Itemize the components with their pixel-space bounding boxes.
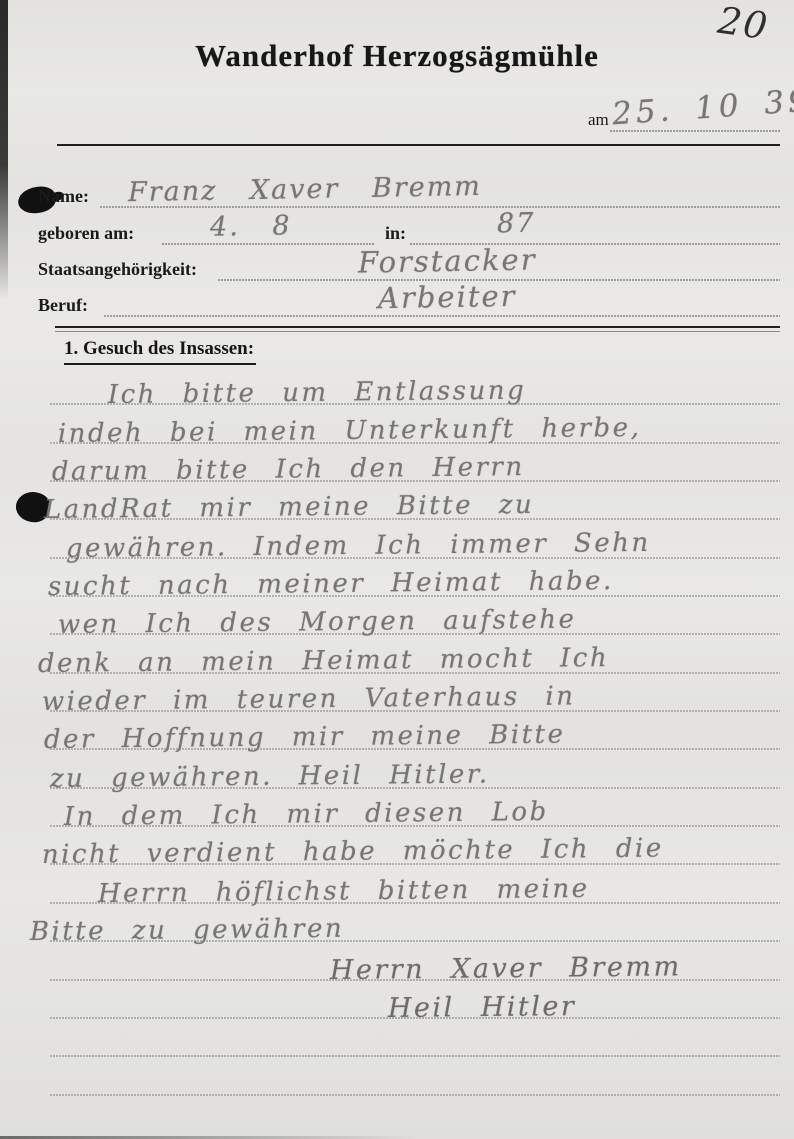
manuscript-text: darum bitte Ich den Herrn bbox=[52, 454, 525, 485]
name-label: Name: bbox=[38, 186, 89, 207]
nationality-value: Forstacker bbox=[358, 245, 537, 277]
section-heading: 1. Gesuch des Insassen: bbox=[64, 338, 256, 365]
manuscript-text: Bitte zu gewähren bbox=[30, 916, 345, 945]
signature-name: Herrn Xaver Bremm bbox=[330, 953, 682, 984]
manuscript-line: gewähren. Indem Ich immer Sehn bbox=[30, 520, 780, 558]
date-value: 25. 10 39. bbox=[611, 85, 794, 131]
manuscript-line: zu gewähren. Heil Hitler. bbox=[30, 750, 780, 788]
name-value: Franz Xaver Bremm bbox=[128, 173, 482, 206]
born-label: geboren am: bbox=[38, 223, 134, 244]
manuscript-line: denk an mein Heimat mocht Ich bbox=[30, 635, 780, 673]
manuscript-line: LandRat mir meine Bitte zu bbox=[30, 482, 780, 520]
manuscript-line: wen Ich des Morgen aufstehe bbox=[30, 597, 780, 635]
signature-salute: Heil Hitler bbox=[388, 993, 577, 1022]
born-in-label: in: bbox=[385, 223, 406, 244]
manuscript-line: indeh bei mein Unterkunft herbe, bbox=[30, 405, 780, 443]
manuscript-line: Ich bitte um Entlassung bbox=[30, 367, 780, 405]
manuscript-line: sucht nach meiner Heimat habe. bbox=[30, 559, 780, 597]
manuscript-empty-line bbox=[30, 1057, 780, 1095]
manuscript-signature-line: Heil Hitler bbox=[30, 981, 780, 1019]
manuscript-signature-line: Herrn Xaver Bremm bbox=[30, 942, 780, 980]
profession-dotted-line bbox=[104, 315, 780, 317]
manuscript-text: der Hoffnung mir meine Bitte bbox=[44, 722, 566, 753]
document-title: Wanderhof Herzogsägmühle bbox=[0, 38, 794, 74]
manuscript-text: zu gewähren. Heil Hitler. bbox=[50, 761, 490, 792]
profession-value: Arbeiter bbox=[378, 282, 517, 313]
manuscript-text: nicht verdient habe möchte Ich die bbox=[42, 836, 664, 869]
manuscript-text: gewähren. Indem Ich immer Sehn bbox=[66, 530, 651, 562]
manuscript-line: Herrn höflichst bitten meine bbox=[30, 865, 780, 903]
nationality-label: Staatsangehörigkeit: bbox=[38, 259, 197, 280]
manuscript-line: der Hoffnung mir meine Bitte bbox=[30, 712, 780, 750]
manuscript-text: denk an mein Heimat mocht Ich bbox=[38, 645, 610, 677]
manuscript-text: wen Ich des Morgen aufstehe bbox=[58, 607, 577, 638]
manuscript-text: sucht nach meiner Heimat habe. bbox=[48, 568, 614, 600]
manuscript-line: wieder im teuren Vaterhaus in bbox=[30, 674, 780, 712]
manuscript-text: Ich bitte um Entlassung bbox=[108, 378, 527, 408]
manuscript-line: Bitte zu gewähren bbox=[30, 904, 780, 942]
scanned-document-page: 20 Wanderhof Herzogsägmühle am 25. 10 39… bbox=[0, 0, 794, 1139]
manuscript-empty-line bbox=[30, 1019, 780, 1057]
header-rule bbox=[57, 144, 780, 146]
born-dotted-line bbox=[162, 243, 375, 245]
section-rule-echo bbox=[55, 331, 780, 332]
section-rule bbox=[55, 326, 780, 328]
manuscript-line: darum bitte Ich den Herrn bbox=[30, 444, 780, 482]
manuscript-text: indeh bei mein Unterkunft herbe, bbox=[58, 415, 642, 447]
manuscript: Ich bitte um Entlassung indeh bei mein U… bbox=[30, 367, 780, 1096]
manuscript-line: In dem Ich mir diesen Lob bbox=[30, 789, 780, 827]
profession-label: Beruf: bbox=[38, 295, 88, 316]
manuscript-text: LandRat mir meine Bitte zu bbox=[44, 492, 535, 523]
manuscript-text: Herrn höflichst bitten meine bbox=[98, 876, 590, 907]
born-in-value: 87 bbox=[497, 210, 536, 238]
manuscript-line: nicht verdient habe möchte Ich die bbox=[30, 827, 780, 865]
manuscript-text: wieder im teuren Vaterhaus in bbox=[42, 684, 576, 716]
date-row: am 25. 10 39. bbox=[0, 96, 794, 142]
date-label: am bbox=[588, 110, 609, 130]
manuscript-text: In dem Ich mir diesen Lob bbox=[64, 799, 549, 830]
born-value: 4. 8 bbox=[210, 212, 292, 240]
